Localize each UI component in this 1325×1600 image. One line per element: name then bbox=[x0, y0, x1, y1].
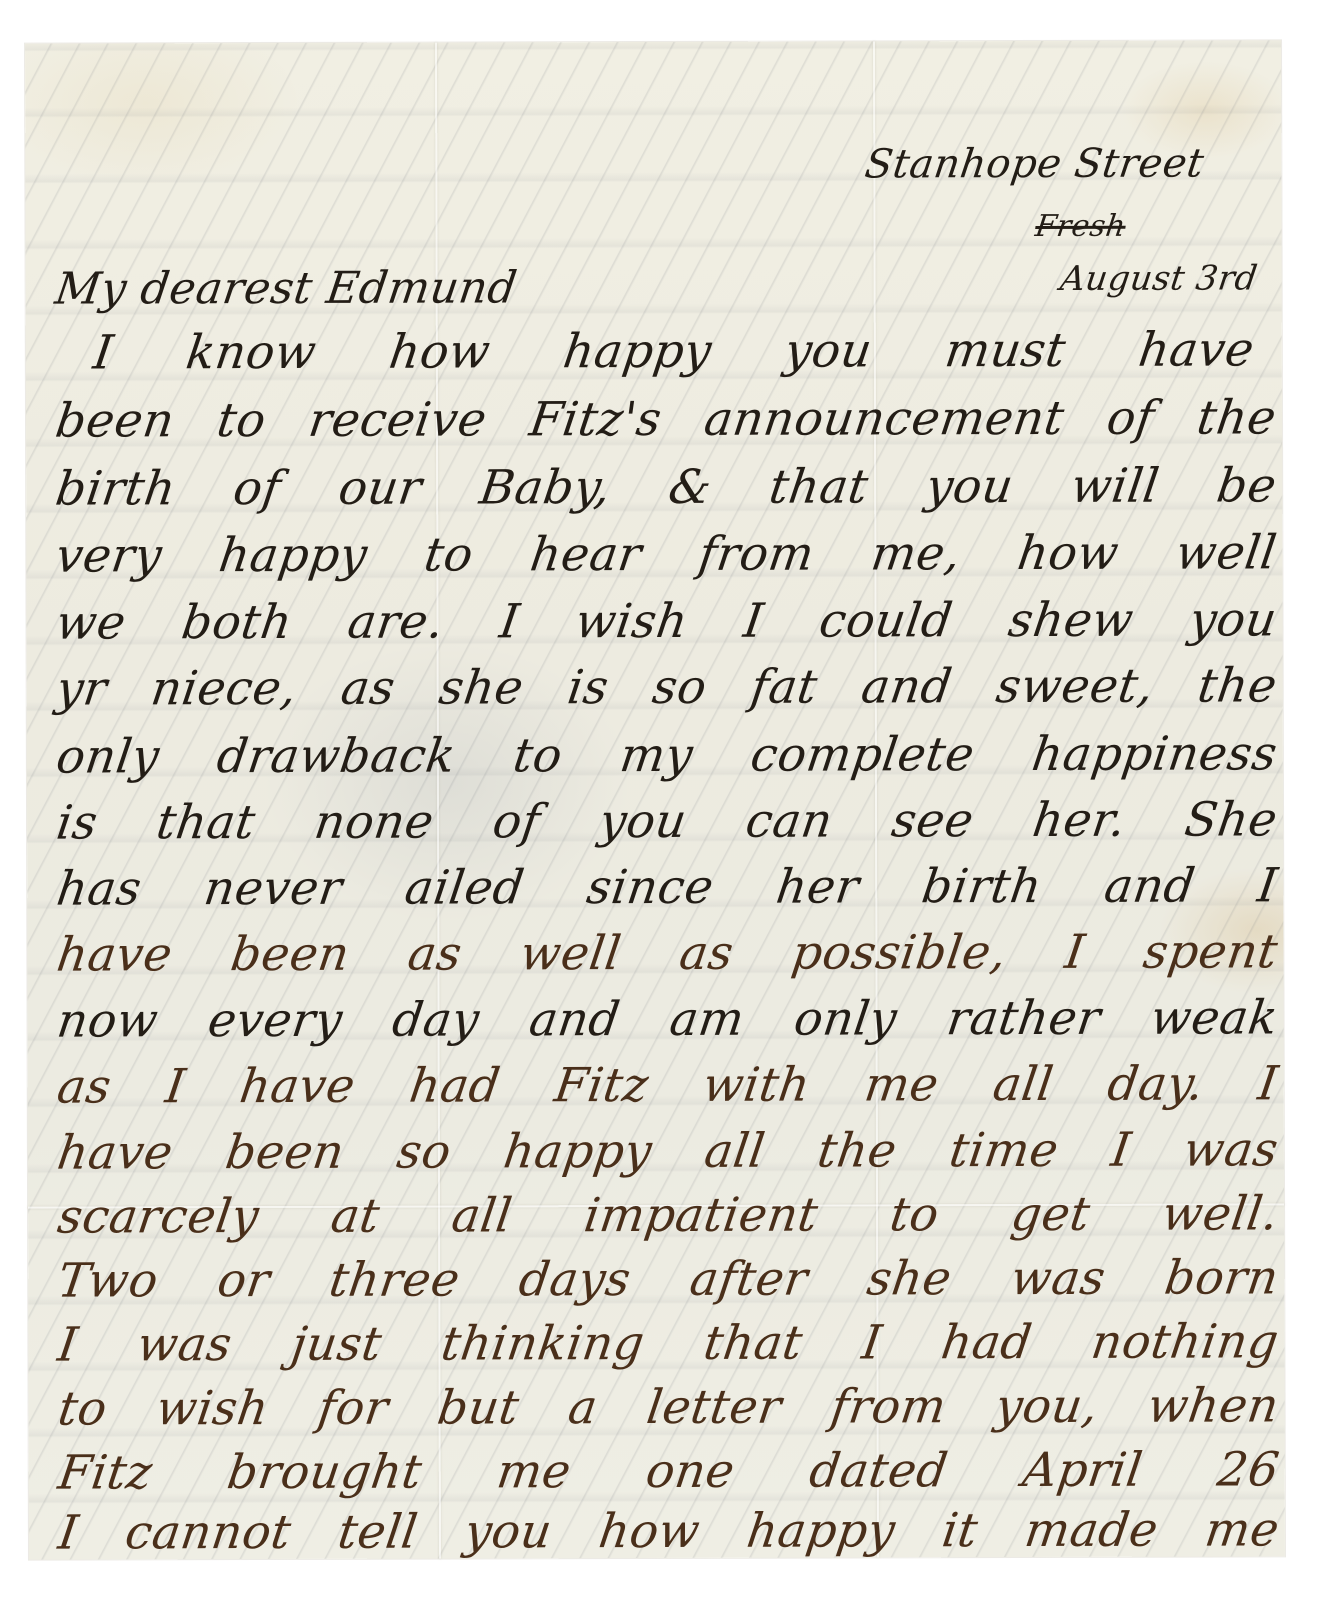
body-line-4: very happy to hear from me, how well bbox=[53, 525, 1281, 583]
struck-through-word: Fresh bbox=[1033, 209, 1128, 244]
body-line-6: yr niece, as she is so fat and sweet, th… bbox=[53, 658, 1281, 716]
body-line-13: have been so happy all the time I was bbox=[54, 1122, 1282, 1180]
body-line-15: Two or three days after she was born bbox=[54, 1250, 1282, 1308]
body-line-19: I cannot tell you how happy it made me bbox=[55, 1502, 1283, 1560]
salutation: My dearest Edmund bbox=[52, 262, 520, 314]
body-line-9: has never ailed since her birth and I bbox=[53, 858, 1281, 916]
body-line-11: now every day and am only rather weak bbox=[54, 990, 1282, 1048]
body-line-16: I was just thinking that I had nothing bbox=[55, 1314, 1283, 1372]
body-line-2: been to receive Fitz's announcement of t… bbox=[52, 390, 1280, 448]
body-line-14: scarcely at all impatient to get well. bbox=[54, 1186, 1282, 1244]
letter-page: Stanhope Street Fresh August 3rd My dear… bbox=[25, 40, 1285, 1559]
body-line-10: have been as well as possible, I spent bbox=[54, 924, 1282, 982]
body-line-7: only drawback to my complete happiness bbox=[53, 726, 1281, 784]
body-line-18: Fitz brought me one dated April 26 bbox=[55, 1442, 1283, 1500]
body-line-3: birth of our Baby, & that you will be bbox=[52, 458, 1280, 516]
body-line-8: is that none of you can see her. She bbox=[53, 792, 1281, 850]
body-line-17: to wish for but a letter from you, when bbox=[55, 1378, 1283, 1436]
address-line: Stanhope Street bbox=[862, 141, 1207, 188]
body-line-1: I know how happy you must have bbox=[90, 322, 1258, 380]
body-line-5: we both are. I wish I could shew you bbox=[53, 592, 1281, 650]
body-line-12: as I have had Fitz with me all day. I bbox=[54, 1056, 1282, 1114]
letter-date: August 3rd bbox=[1058, 258, 1260, 299]
